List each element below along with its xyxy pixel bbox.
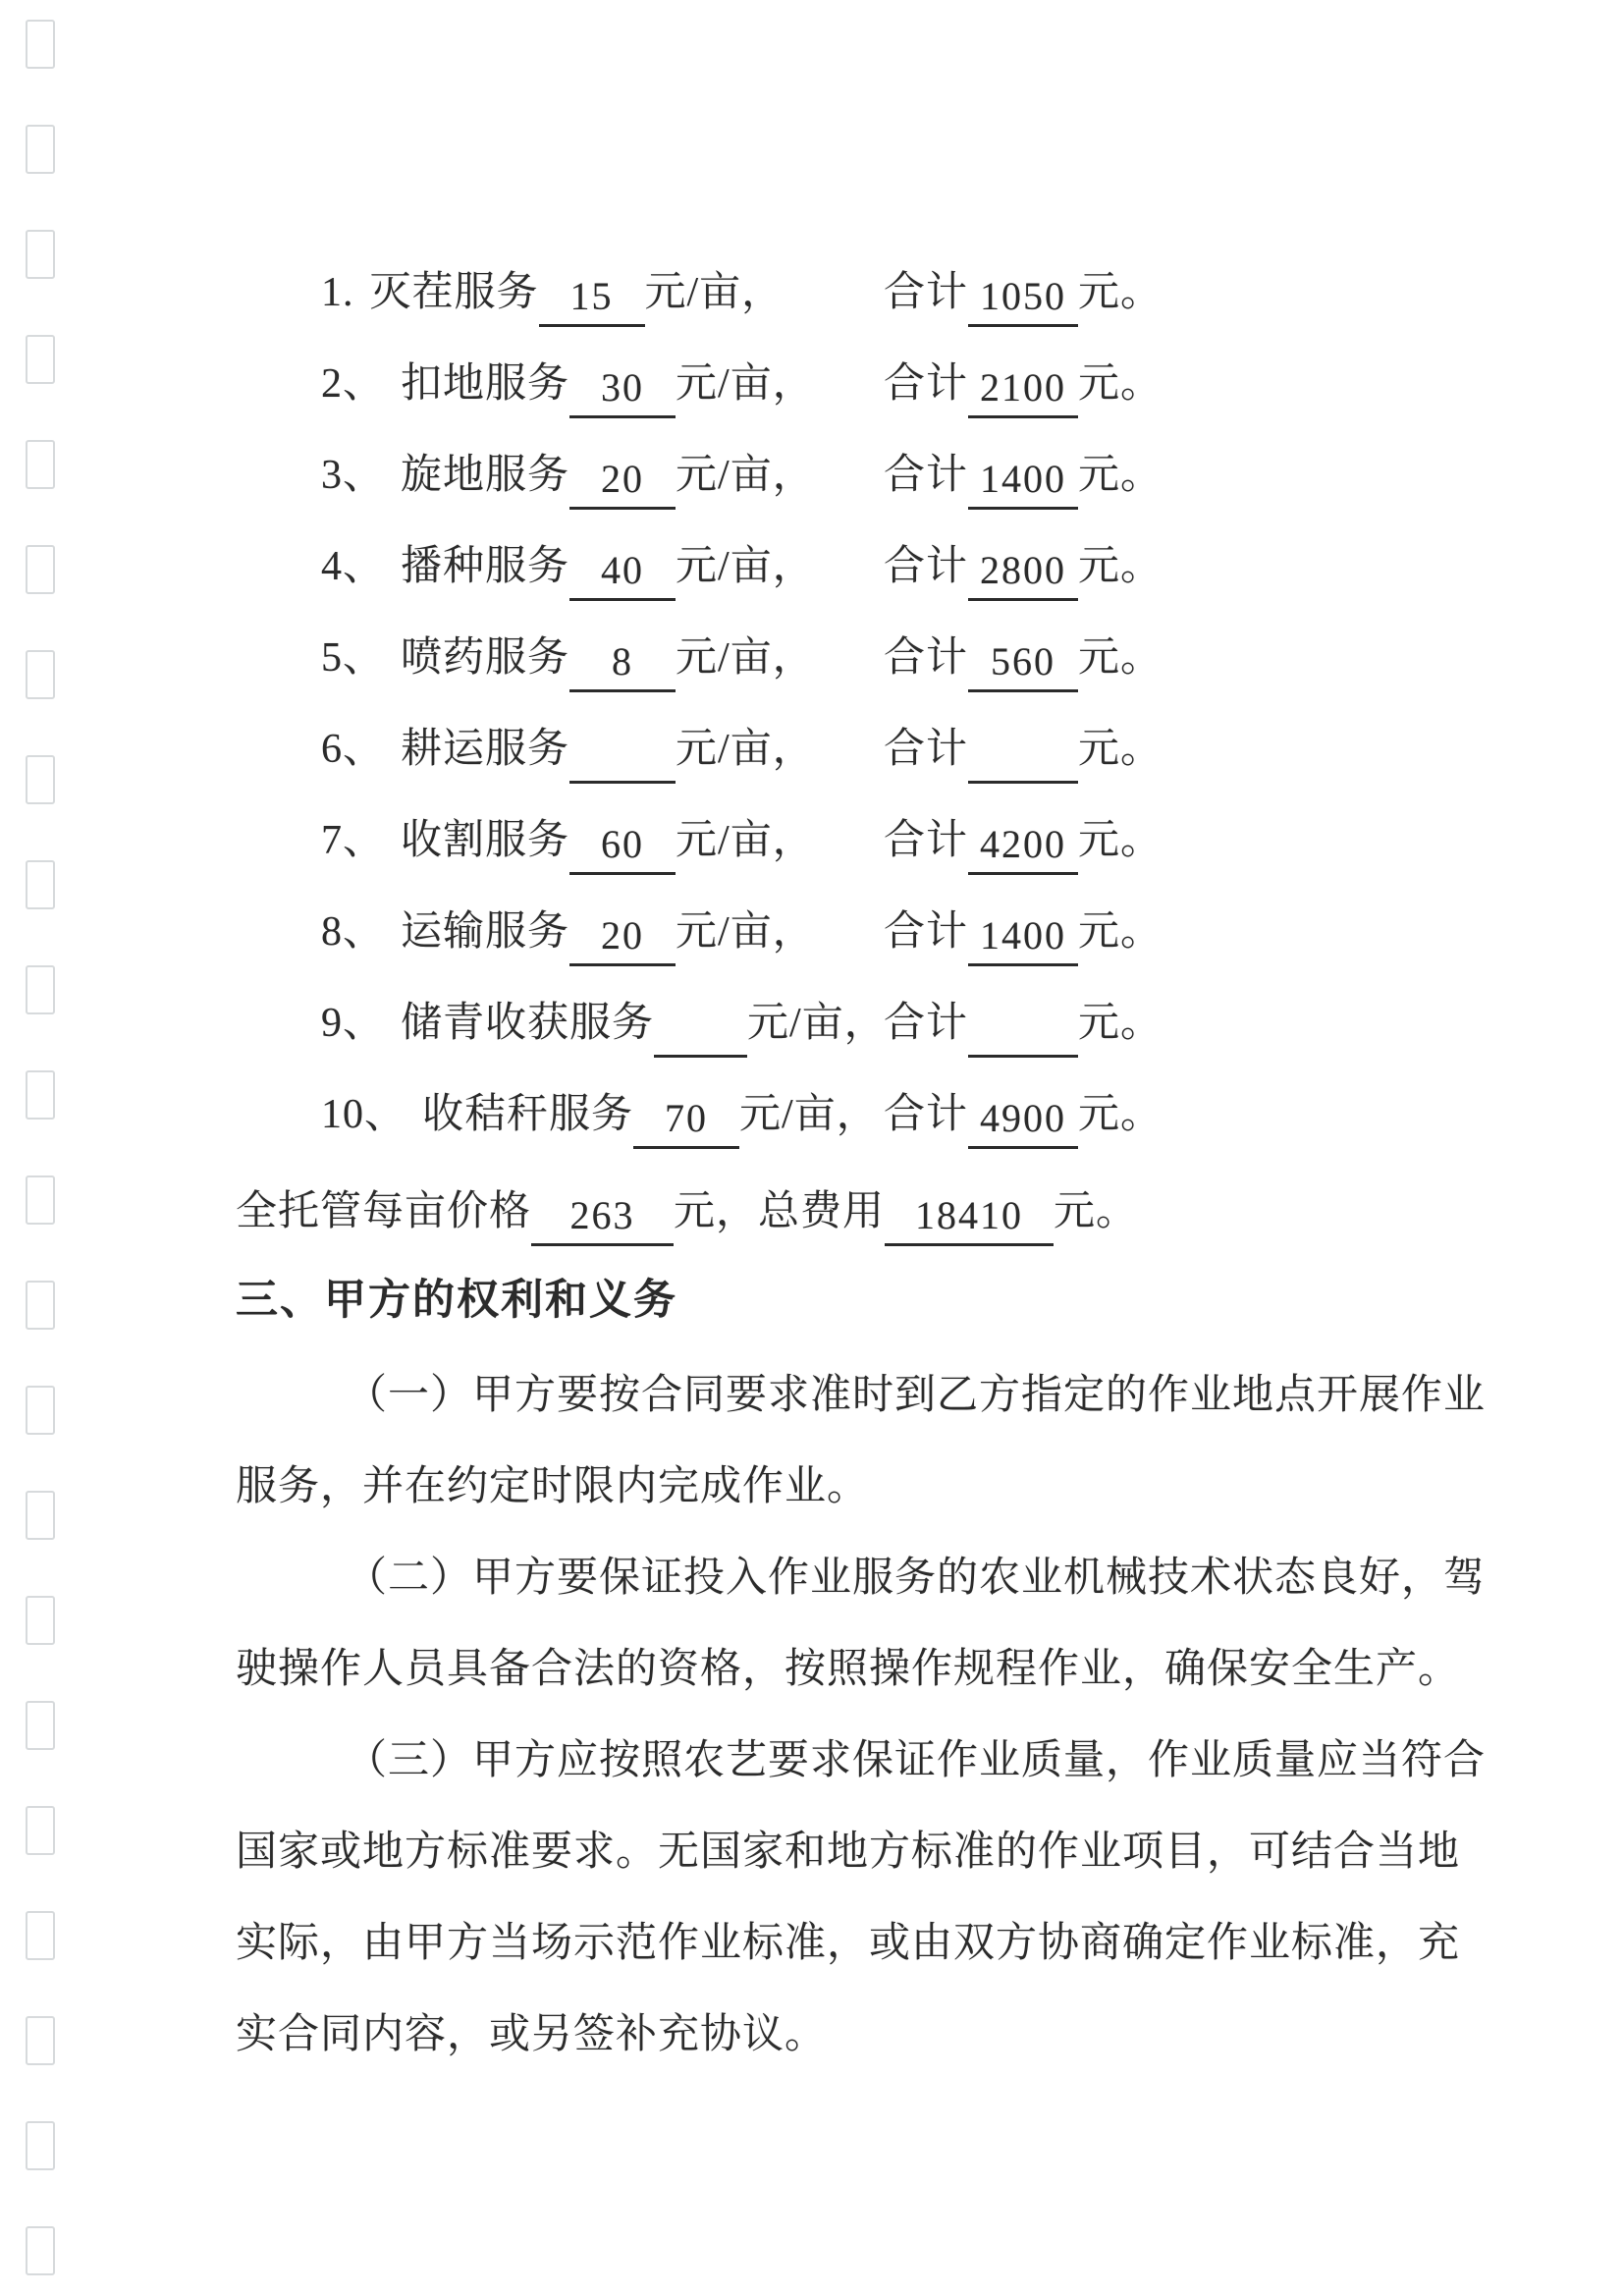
- total-amount-field: 2800: [968, 543, 1078, 601]
- service-item-row: 4、播种服务40元/亩，合计2800元。: [0, 521, 1623, 613]
- price-per-mu-field: 60: [569, 817, 676, 875]
- total-amount-field: 2100: [968, 360, 1078, 418]
- section-paragraphs: （一）甲方要按合同要求准时到乙方指定的作业地点开展作业服务，并在约定时限内完成作…: [236, 1350, 1512, 2081]
- yuan-period-label: 元。: [1078, 1001, 1163, 1046]
- yuan-period-label: 元。: [1078, 727, 1163, 772]
- binding-hole: [26, 1911, 55, 1960]
- total-group: 合计2800元。: [884, 521, 1163, 613]
- total-group: 合计4900元。: [884, 1069, 1163, 1161]
- yuan-period-label: 元。: [1078, 909, 1163, 955]
- total-amount-field: 4200: [968, 817, 1078, 875]
- total-label: 合计: [884, 361, 968, 407]
- service-item-row: 7、收割服务60元/亩，合计4200元。: [0, 795, 1623, 887]
- price-per-mu-field: 20: [569, 908, 676, 966]
- total-amount-field: 1050: [968, 269, 1078, 327]
- yuan-period-label: 元。: [1078, 453, 1163, 498]
- total-group: 合计1050元。: [884, 247, 1163, 339]
- service-name: 耕运服务: [401, 727, 569, 772]
- price-per-mu-field: 30: [569, 360, 676, 418]
- service-item-row: 3、旋地服务20元/亩，合计1400元。: [0, 430, 1623, 521]
- binding-hole: [26, 1386, 55, 1435]
- total-label: 合计: [884, 270, 968, 315]
- total-label: 合计: [884, 453, 968, 498]
- total-amount-field: [968, 726, 1078, 784]
- paragraph-line: 国家或地方标准要求。无国家和地方标准的作业项目，可结合当地: [236, 1807, 1512, 1898]
- paragraph-text: 驶操作人员具备合法的资格，按照操作规程作业，确保安全生产。: [236, 1647, 1460, 1692]
- unit-per-mu-label: 元/亩，: [676, 453, 815, 498]
- total-amount-field: [968, 1000, 1078, 1058]
- total-amount-field: 1400: [968, 908, 1078, 966]
- summary-lead: 全托管每亩价格: [236, 1189, 531, 1234]
- binding-hole: [26, 1701, 55, 1750]
- yuan-period-label: 元。: [1078, 361, 1163, 407]
- binding-hole: [26, 20, 55, 69]
- total-group: 合计2100元。: [884, 339, 1163, 430]
- paragraph-text: 国家或地方标准要求。无国家和地方标准的作业项目，可结合当地: [236, 1830, 1460, 1875]
- price-per-mu-field: 263: [531, 1188, 674, 1246]
- binding-hole: [26, 1491, 55, 1540]
- total-group: 合计560元。: [884, 613, 1163, 704]
- service-name: 扣地服务: [401, 361, 569, 407]
- paragraph-line: 实际，由甲方当场示范作业标准，或由双方协商确定作业标准，充: [236, 1898, 1512, 1990]
- yuan-period-label: 元。: [1078, 818, 1163, 863]
- paragraph-text: （三）甲方应按照农艺要求保证作业质量，作业质量应当符合: [346, 1738, 1486, 1783]
- summary-tail: 元。: [1054, 1189, 1138, 1234]
- unit-per-mu-label: 元/亩，: [676, 727, 815, 772]
- unit-per-mu-label: 元/亩，: [739, 1092, 879, 1137]
- service-name: 收秸秆服务: [422, 1092, 633, 1137]
- paragraph-line: （一）甲方要按合同要求准时到乙方指定的作业地点开展作业: [236, 1350, 1512, 1442]
- total-amount-field: 1400: [968, 452, 1078, 510]
- total-group: 合计1400元。: [884, 887, 1163, 978]
- service-name: 运输服务: [401, 909, 569, 955]
- unit-per-mu-label: 元/亩，: [676, 635, 815, 681]
- unit-per-mu-label: 元/亩，: [676, 818, 815, 863]
- service-name: 喷药服务: [401, 635, 569, 681]
- service-item-row: 6、耕运服务元/亩，合计元。: [0, 704, 1623, 795]
- price-per-mu-field: 40: [569, 543, 676, 601]
- price-per-mu-field: 15: [539, 269, 645, 327]
- item-number: 6、: [321, 704, 385, 795]
- yuan-period-label: 元。: [1078, 635, 1163, 681]
- total-group: 合计元。: [884, 704, 1163, 795]
- item-number: 1.: [321, 247, 354, 339]
- service-name: 灭茬服务: [370, 270, 539, 315]
- service-name: 收割服务: [401, 818, 569, 863]
- item-number: 5、: [321, 613, 385, 704]
- yuan-period-label: 元。: [1078, 270, 1163, 315]
- contract-page: 1.灭茬服务15元/亩，合计1050元。2、扣地服务30元/亩，合计2100元。…: [0, 0, 1623, 2296]
- item-number: 10、: [321, 1069, 406, 1161]
- total-label: 合计: [884, 544, 968, 589]
- item-number: 3、: [321, 430, 385, 521]
- item-number: 9、: [321, 978, 385, 1069]
- total-group: 合计4200元。: [884, 795, 1163, 887]
- unit-per-mu-label: 元/亩，: [676, 909, 815, 955]
- item-number: 4、: [321, 521, 385, 613]
- binding-hole: [26, 1806, 55, 1855]
- paragraph-line: 服务，并在约定时限内完成作业。: [236, 1442, 1512, 1533]
- service-price-list: 1.灭茬服务15元/亩，合计1050元。2、扣地服务30元/亩，合计2100元。…: [0, 247, 1623, 1161]
- paragraph-text: 服务，并在约定时限内完成作业。: [236, 1464, 869, 1509]
- unit-per-mu-label: 元/亩，: [676, 361, 815, 407]
- total-label: 合计: [884, 818, 968, 863]
- paragraph-text: （一）甲方要按合同要求准时到乙方指定的作业地点开展作业: [346, 1373, 1486, 1418]
- total-amount-field: 560: [968, 634, 1078, 692]
- binding-hole: [26, 1281, 55, 1330]
- binding-hole: [26, 1175, 55, 1225]
- paragraph-text: 实合同内容，或另签补充协议。: [236, 2012, 827, 2057]
- service-item-row: 5、喷药服务8元/亩，合计560元。: [0, 613, 1623, 704]
- unit-per-mu-label: 元/亩，: [676, 544, 815, 589]
- total-label: 合计: [884, 909, 968, 955]
- total-group: 合计1400元。: [884, 430, 1163, 521]
- binding-hole: [26, 125, 55, 174]
- binding-hole: [26, 2226, 55, 2275]
- total-label: 合计: [884, 1001, 968, 1046]
- total-label: 合计: [884, 727, 968, 772]
- service-item-row: 2、扣地服务30元/亩，合计2100元。: [0, 339, 1623, 430]
- binding-hole: [26, 2121, 55, 2170]
- yuan-period-label: 元。: [1078, 544, 1163, 589]
- total-amount-field: 4900: [968, 1091, 1078, 1149]
- service-name: 旋地服务: [401, 453, 569, 498]
- total-label: 合计: [884, 635, 968, 681]
- paragraph-line: 驶操作人员具备合法的资格，按照操作规程作业，确保安全生产。: [236, 1624, 1512, 1716]
- yuan-period-label: 元。: [1078, 1092, 1163, 1137]
- item-number: 7、: [321, 795, 385, 887]
- total-group: 合计元。: [884, 978, 1163, 1069]
- unit-per-mu-label: 元/亩，: [645, 270, 784, 315]
- paragraph-line: （二）甲方要保证投入作业服务的农业机械技术状态良好，驾: [236, 1533, 1512, 1624]
- section-heading: 三、甲方的权利和义务: [236, 1255, 677, 1346]
- service-item-row: 8、运输服务20元/亩，合计1400元。: [0, 887, 1623, 978]
- summary-mid: 元，总费用: [674, 1189, 885, 1234]
- paragraph-line: （三）甲方应按照农艺要求保证作业质量，作业质量应当符合: [236, 1716, 1512, 1807]
- service-item-row: 10、收秸秆服务70元/亩，合计4900元。: [0, 1069, 1623, 1161]
- paragraph-line: 实合同内容，或另签补充协议。: [236, 1990, 1512, 2081]
- paragraph-text: 实际，由甲方当场示范作业标准，或由双方协商确定作业标准，充: [236, 1921, 1460, 1966]
- price-per-mu-field: 20: [569, 452, 676, 510]
- service-name: 播种服务: [401, 544, 569, 589]
- binding-hole: [26, 2016, 55, 2065]
- service-item-row: 9、储青收获服务元/亩，合计元。: [0, 978, 1623, 1069]
- price-per-mu-field: [654, 1000, 747, 1058]
- item-number: 2、: [321, 339, 385, 430]
- service-name: 储青收获服务: [401, 1001, 654, 1046]
- binding-hole: [26, 1596, 55, 1645]
- price-per-mu-field: 8: [569, 634, 676, 692]
- price-per-mu-field: [569, 726, 676, 784]
- total-fee-field: 18410: [885, 1188, 1054, 1246]
- service-item-row: 1.灭茬服务15元/亩，合计1050元。: [0, 247, 1623, 339]
- item-number: 8、: [321, 887, 385, 978]
- summary-line: 全托管每亩价格263元，总费用18410元。: [236, 1167, 1138, 1258]
- total-label: 合计: [884, 1092, 968, 1137]
- unit-per-mu-label: 元/亩，: [747, 1001, 887, 1046]
- price-per-mu-field: 70: [633, 1091, 739, 1149]
- paragraph-text: （二）甲方要保证投入作业服务的农业机械技术状态良好，驾: [346, 1556, 1486, 1601]
